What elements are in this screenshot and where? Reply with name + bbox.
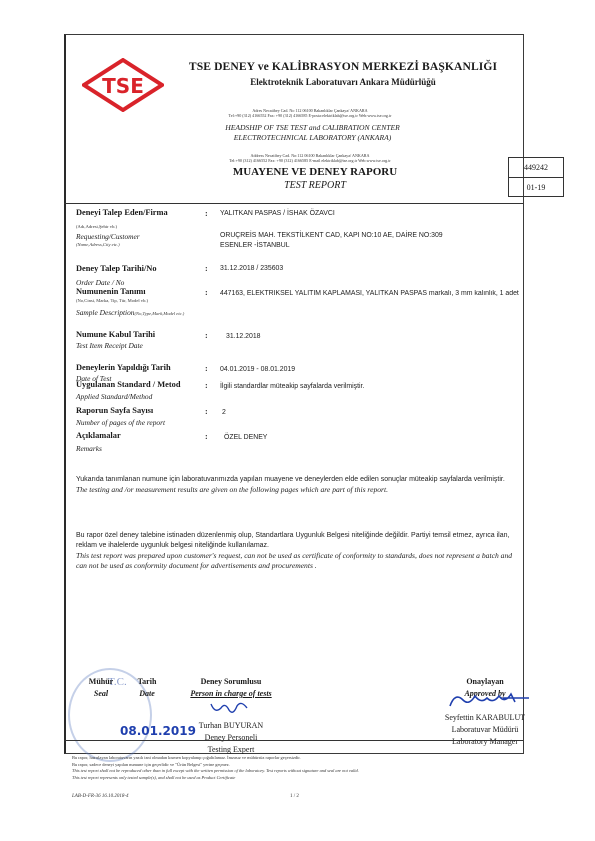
report-title-en: TEST REPORT: [180, 180, 450, 191]
colon: :: [205, 288, 208, 297]
institution-title: TSE DENEY ve KALİBRASYON MERKEZİ BAŞKANL…: [178, 60, 508, 73]
laboratory-subtitle: Elektroteknik Laboratuvarı Ankara Müdürl…: [178, 77, 508, 87]
tester-title-en: Person in charge of tests: [176, 688, 286, 700]
standard-value: İlgili standardlar müteakip sayfalarda v…: [220, 383, 364, 390]
form-code: LAB-D-FR-36 16.10.2018-4: [72, 794, 129, 799]
address-tr: Adres Necatibey Cad. No 112 06100 Bakanl…: [180, 108, 440, 119]
sample-label: Numunenin Tanımı: [76, 287, 146, 296]
colon: :: [205, 432, 208, 441]
sample-hint: (No,Cinsi, Marka, Tip, Tür, Model vb.): [76, 298, 148, 303]
receipt-value: 31.12.2018: [226, 333, 261, 340]
tester-title: Deney Sorumlusu: [176, 676, 286, 688]
test-date-value: 04.01.2019 - 08.01.2019: [220, 366, 295, 373]
tester-signature-icon: [201, 700, 261, 716]
order-label: Deney Talep Tarihi/No: [76, 264, 157, 273]
approver-title: Onaylayan: [425, 676, 545, 688]
address-en: Address Necatibey Cad. No:112 06100 Baka…: [180, 153, 440, 164]
customer-label-en: Requesting/Customer: [76, 232, 140, 241]
sample-label-en: Sample Description(No,Type,Mark,Model et…: [76, 308, 201, 317]
remarks-value: ÖZEL DENEY: [224, 434, 267, 441]
receipt-label-en: Test Item Receipt Date: [76, 341, 143, 350]
sample-hint-en: (No,Type,Mark,Model etc.): [135, 311, 185, 316]
footer-note-1: Bu rapor, hazırlayan laboratuvarın yazıl…: [72, 755, 552, 762]
receipt-label: Numune Kabul Tarihi: [76, 330, 155, 339]
footer-notes: Bu rapor, hazırlayan laboratuvarın yazıl…: [72, 755, 552, 781]
svg-text:TSE: TSE: [102, 74, 144, 98]
report-id-box: 449242 01-19: [508, 157, 564, 197]
footer-divider: [64, 740, 523, 741]
sample-value: 447163, ELEKTRİKSEL YALITIM KAPLAMASI, Y…: [220, 290, 520, 297]
approver-name: Seyfettin KARABULUT: [425, 712, 545, 724]
order-label-en: Order Date / No: [76, 278, 124, 287]
colon: :: [205, 381, 208, 390]
colon: :: [205, 264, 208, 273]
customer-hint: (Adı,Adresi,Şehir vb.): [76, 224, 117, 229]
results-statement-tr: Yukarıda tanımlanan numune için laboratu…: [76, 475, 516, 485]
title-en-line-1: HEADSHIP OF TSE TEST and CALIBRATION CEN…: [180, 123, 445, 133]
customer-hint-en: (Name,Adress,City etc.): [76, 242, 120, 247]
colon: :: [205, 364, 208, 373]
results-statement-en: The testing and /or measurement results …: [76, 485, 516, 495]
date-label-en: Date: [132, 688, 162, 700]
tester-role: Deney Personeli: [176, 732, 286, 744]
header-divider: [64, 203, 523, 204]
seal-label: Mühür Seal: [86, 676, 116, 700]
colon: :: [205, 407, 208, 416]
report-title-tr: MUAYENE VE DENEY RAPORU: [180, 166, 450, 178]
special-statement: Bu rapor özel deney talebine istinaden d…: [76, 531, 516, 571]
approver-signature-icon: [445, 692, 535, 708]
date-label: Tarih Date: [132, 676, 162, 700]
page-number: 1 / 2: [290, 794, 299, 799]
special-statement-en: This test report was prepared upon custo…: [76, 551, 516, 571]
tse-logo-icon: TSE: [82, 58, 164, 112]
tester-name: Turhan BUYURAN: [176, 720, 286, 732]
footer-note-4: This test report represents only tested …: [72, 775, 552, 782]
customer-label: Deneyi Talep Eden/Firma: [76, 208, 168, 217]
standard-label: Uygulanan Standard / Metod: [76, 380, 180, 389]
order-value: 31.12.2018 / 235603: [220, 265, 283, 272]
remarks-label: Açıklamalar: [76, 431, 121, 440]
contact-en-line: Tel:+90 (312) 4166552 Fax: +90 (312) 416…: [180, 158, 440, 163]
colon: :: [205, 209, 208, 218]
report-code: 01-19: [509, 178, 563, 197]
seal-label-en: Seal: [86, 688, 116, 700]
pages-label: Raporun Sayfa Sayısı: [76, 406, 153, 415]
standard-label-en: Applied Standard/Method: [76, 392, 152, 401]
approver-signature-block: Onaylayan Approved by Seyfettin KARABULU…: [425, 676, 545, 748]
customer-address: ORUÇREİS MAH. TEKSTİLKENT CAD, KAPI NO:1…: [220, 232, 443, 239]
date-label-tr: Tarih: [132, 676, 162, 688]
footer-note-3: This test report shall not be reproduced…: [72, 768, 552, 775]
customer-city: ESENLER -İSTANBUL: [220, 242, 290, 249]
results-statement: Yukarıda tanımlanan numune için laboratu…: [76, 475, 516, 495]
title-en-line-2: ELECTROTECHNICAL LABORATORY (ANKARA): [180, 133, 445, 143]
pages-label-en: Number of pages of the report: [76, 418, 165, 427]
approver-role: Laboratuvar Müdürü: [425, 724, 545, 736]
contact-line: Tel:+90 (312) 4166552 Fax: +90 (312) 416…: [180, 113, 440, 118]
tester-signature-block: Deney Sorumlusu Person in charge of test…: [176, 676, 286, 756]
seal-label-tr: Mühür: [86, 676, 116, 688]
report-number: 449242: [509, 158, 563, 178]
footer-note-2: Bu rapor, sadece deneyi yapılan numune i…: [72, 762, 552, 769]
pages-value: 2: [222, 409, 226, 416]
test-date-label: Deneylerin Yapıldığı Tarih: [76, 363, 171, 372]
sample-label-en-text: Sample Description: [76, 308, 135, 317]
special-statement-tr: Bu rapor özel deney talebine istinaden d…: [76, 531, 516, 551]
colon: :: [205, 331, 208, 340]
remarks-label-en: Remarks: [76, 444, 102, 453]
approver-role-en: Laboratory Manager: [425, 736, 545, 748]
customer-name: YALITKAN PASPAS / İSHAK ÖZAVCI: [220, 210, 335, 217]
title-en: HEADSHIP OF TSE TEST and CALIBRATION CEN…: [180, 123, 445, 142]
